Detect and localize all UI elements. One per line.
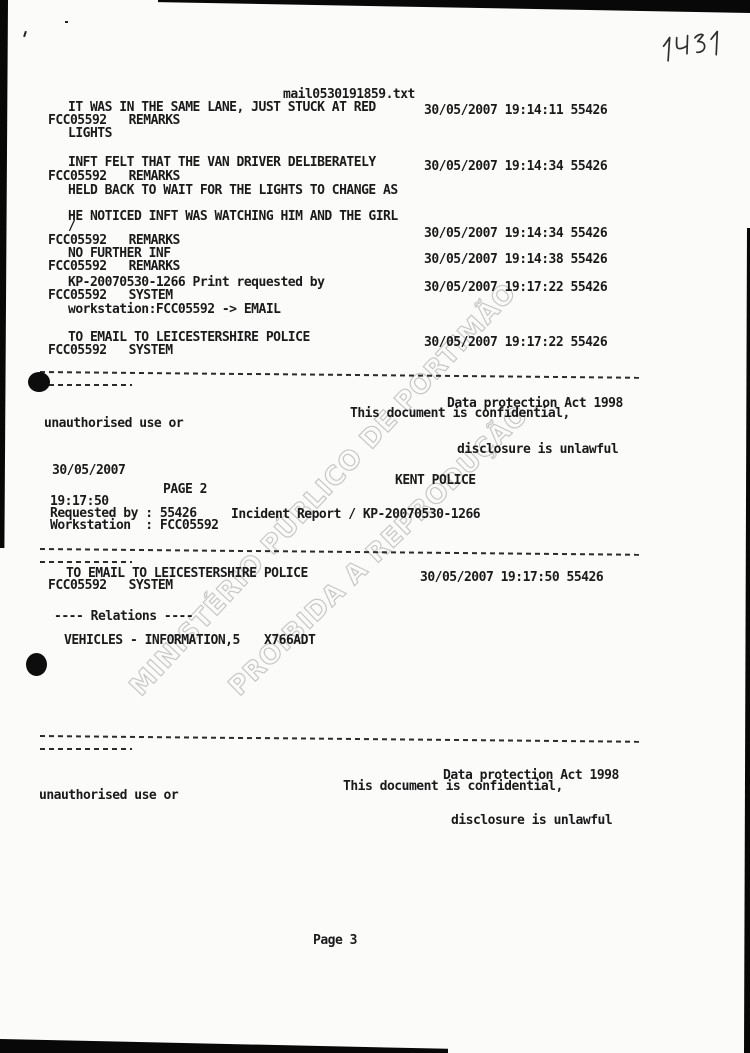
scan-speck	[23, 31, 27, 37]
workstation-line: Workstation : FCC05592	[50, 519, 219, 532]
scan-artifact-right-strip	[744, 228, 750, 1053]
police-force-name: KENT POLICE	[395, 474, 476, 487]
relations-heading: ---- Relations ----	[54, 610, 193, 623]
log-line: HE NOTICED INFT WAS WATCHING HIM AND THE…	[68, 210, 398, 223]
log-timestamp: 30/05/2007 19:14:11 55426	[424, 104, 607, 117]
log-timestamp: 30/05/2007 19:17:50 55426	[420, 571, 603, 584]
scan-artifact-top-bar	[158, 0, 750, 13]
log-timestamp: 30/05/2007 19:14:38 55426	[424, 253, 607, 266]
scan-speck	[65, 21, 68, 23]
notice-confidential-line: This document is confidential,	[343, 780, 563, 793]
handwritten-number-1431	[660, 29, 727, 70]
log-line: INFT FELT THAT THE VAN DRIVER DELIBERATE…	[68, 156, 376, 169]
log-line: FCC05592 SYSTEM	[48, 344, 173, 357]
report-page-label: PAGE 2	[163, 483, 207, 496]
vehicle-registration: X766ADT	[264, 634, 315, 647]
notice-confidential-line: This document is confidential,	[350, 407, 570, 420]
log-line: FCC05592 REMARKS	[48, 170, 180, 183]
log-timestamp: 30/05/2007 19:14:34 55426	[424, 160, 607, 173]
page-number-footer: Page 3	[313, 934, 357, 947]
log-timestamp: 30/05/2007 19:17:22 55426	[424, 336, 607, 349]
log-line: FCC05592 SYSTEM	[48, 579, 173, 592]
log-line: FCC05592 REMARKS	[48, 260, 180, 273]
log-timestamp: 30/05/2007 19:14:34 55426	[424, 227, 607, 240]
report-date: 30/05/2007	[52, 464, 125, 477]
notice-disclosure-line: disclosure is unlawful	[457, 443, 618, 456]
notice-unauthorised-line: unauthorised use or	[44, 417, 183, 430]
separator-dashed-line-short	[40, 384, 132, 386]
separator-dashed-line-short	[40, 748, 132, 750]
hole-punch-mark	[26, 653, 47, 676]
separator-dashed-line-short	[40, 561, 132, 563]
log-line: /	[68, 220, 75, 233]
hole-punch-mark	[28, 372, 50, 392]
separator-dashed-line	[40, 548, 643, 556]
scan-artifact-left-strip	[0, 0, 8, 548]
notice-disclosure-line: disclosure is unlawful	[451, 814, 612, 827]
log-line: HELD BACK TO WAIT FOR THE LIGHTS TO CHAN…	[68, 184, 398, 197]
log-line: LIGHTS	[68, 127, 112, 140]
scanned-document-page: MINISTÉRIO PÚBLICO DE PORTIMÃO PROIBIDA …	[0, 0, 750, 1053]
log-timestamp: 30/05/2007 19:17:22 55426	[424, 281, 607, 294]
relation-vehicle-line: VEHICLES - INFORMATION,5	[64, 634, 240, 647]
incident-report-ref: Incident Report / KP-20070530-1266	[231, 508, 480, 521]
separator-dashed-line	[40, 735, 643, 743]
scan-artifact-bottom-bar	[0, 1039, 448, 1053]
separator-dashed-line	[40, 371, 643, 379]
log-line: FCC05592 SYSTEM	[48, 289, 173, 302]
log-line: workstation:FCC05592 -> EMAIL	[68, 303, 280, 316]
notice-unauthorised-line: unauthorised use or	[39, 789, 178, 802]
